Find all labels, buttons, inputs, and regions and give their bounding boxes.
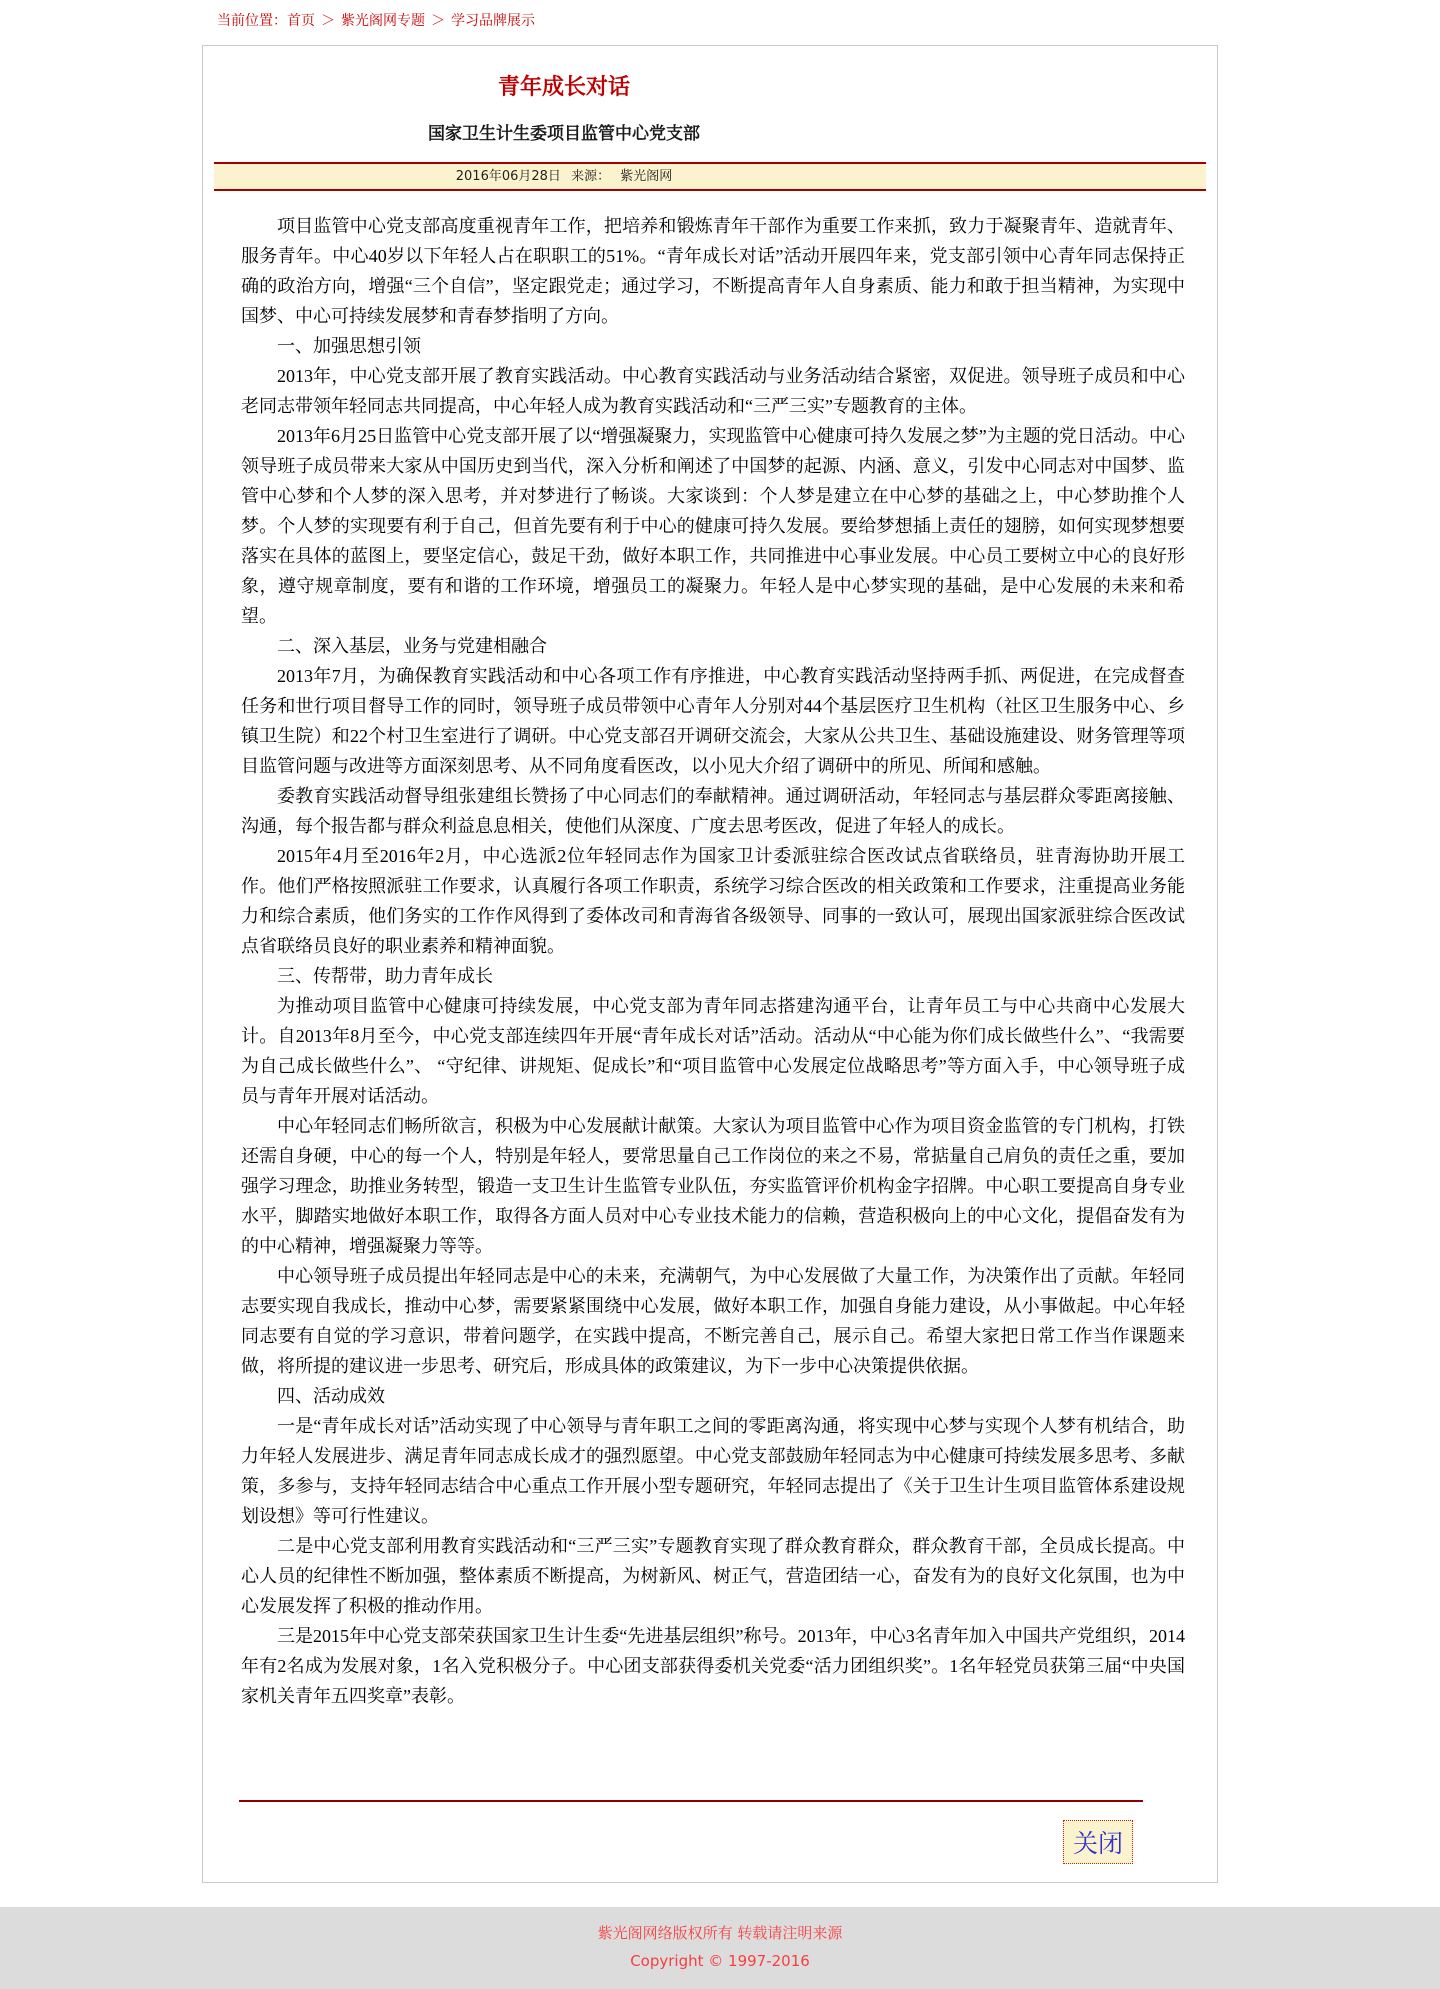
footer-copyright-en: Copyright © 1997-2016 bbox=[0, 1952, 1440, 1970]
article-title: 青年成长对话 bbox=[214, 70, 914, 101]
breadcrumb-link-special[interactable]: 紫光阁网专题 bbox=[341, 13, 425, 29]
bottom-divider bbox=[239, 1800, 1143, 1802]
section-heading: 二、深入基层，业务与党建相融合 bbox=[241, 631, 1185, 661]
date-source-text: 2016年06月28日 来源： 紫光阁网 bbox=[214, 164, 914, 189]
article-paragraph: 三是2015年中心党支部荣获国家卫生计生委“先进基层组织”称号。2013年，中心… bbox=[241, 1621, 1185, 1711]
article-paragraph: 二是中心党支部利用教育实践活动和“三严三实”专题教育实现了群众教育群众，群众教育… bbox=[241, 1531, 1185, 1621]
source-name: 紫光阁网 bbox=[620, 169, 672, 184]
breadcrumb-link-brand[interactable]: 学习品牌展示 bbox=[451, 13, 535, 29]
article-paragraph: 一是“青年成长对话”活动实现了中心领导与青年职工之间的零距离沟通，将实现中心梦与… bbox=[241, 1411, 1185, 1531]
article-subtitle: 国家卫生计生委项目监管中心党支部 bbox=[214, 119, 914, 144]
close-button[interactable]: 关闭 bbox=[1063, 1820, 1133, 1864]
breadcrumb-link-home[interactable]: 首页 bbox=[287, 13, 315, 29]
breadcrumb-separator: ＞ bbox=[431, 13, 445, 29]
section-heading: 三、传帮带，助力青年成长 bbox=[241, 961, 1185, 991]
breadcrumb: 当前位置：首页＞紫光阁网专题＞学习品牌展示 bbox=[217, 10, 535, 30]
footer-copyright-cn: 紫光阁网络版权所有 转载请注明来源 bbox=[0, 1907, 1440, 1943]
article-paragraph: 中心年轻同志们畅所欲言，积极为中心发展献计献策。大家认为项目监管中心作为项目资金… bbox=[241, 1111, 1185, 1261]
article-paragraph: 中心领导班子成员提出年轻同志是中心的未来，充满朝气，为中心发展做了大量工作，为决… bbox=[241, 1261, 1185, 1381]
section-heading: 四、活动成效 bbox=[241, 1381, 1185, 1411]
article-body: 项目监管中心党支部高度重视青年工作，把培养和锻炼青年干部作为重要工作来抓，致力于… bbox=[241, 211, 1185, 1711]
article-paragraph: 2015年4月至2016年2月，中心选派2位年轻同志作为国家卫计委派驻综合医改试… bbox=[241, 841, 1185, 961]
footer: 紫光阁网络版权所有 转载请注明来源 Copyright © 1997-2016 bbox=[0, 1907, 1440, 1989]
article-date: 2016年06月28日 bbox=[456, 169, 561, 184]
date-source-bar: 2016年06月28日 来源： 紫光阁网 bbox=[214, 162, 1206, 191]
article-content-box: 青年成长对话 国家卫生计生委项目监管中心党支部 2016年06月28日 来源： … bbox=[202, 45, 1218, 1883]
article-paragraph: 项目监管中心党支部高度重视青年工作，把培养和锻炼青年干部作为重要工作来抓，致力于… bbox=[241, 211, 1185, 331]
article-paragraph: 委教育实践活动督导组张建组长赞扬了中心同志们的奉献精神。通过调研活动，年轻同志与… bbox=[241, 781, 1185, 841]
article-paragraph: 为推动项目监管中心健康可持续发展，中心党支部为青年同志搭建沟通平台，让青年员工与… bbox=[241, 991, 1185, 1111]
article-paragraph: 2013年，中心党支部开展了教育实践活动。中心教育实践活动与业务活动结合紧密，双… bbox=[241, 361, 1185, 421]
article-paragraph: 2013年7月，为确保教育实践活动和中心各项工作有序推进，中心教育实践活动坚持两… bbox=[241, 661, 1185, 781]
page: 当前位置：首页＞紫光阁网专题＞学习品牌展示 青年成长对话 国家卫生计生委项目监管… bbox=[0, 0, 1440, 1989]
section-heading: 一、加强思想引领 bbox=[241, 331, 1185, 361]
breadcrumb-separator: ＞ bbox=[321, 13, 335, 29]
breadcrumb-label: 当前位置： bbox=[217, 13, 287, 29]
article-paragraph: 2013年6月25日监管中心党支部开展了以“增强凝聚力，实现监管中心健康可持久发… bbox=[241, 421, 1185, 631]
source-label: 来源： bbox=[571, 169, 610, 184]
